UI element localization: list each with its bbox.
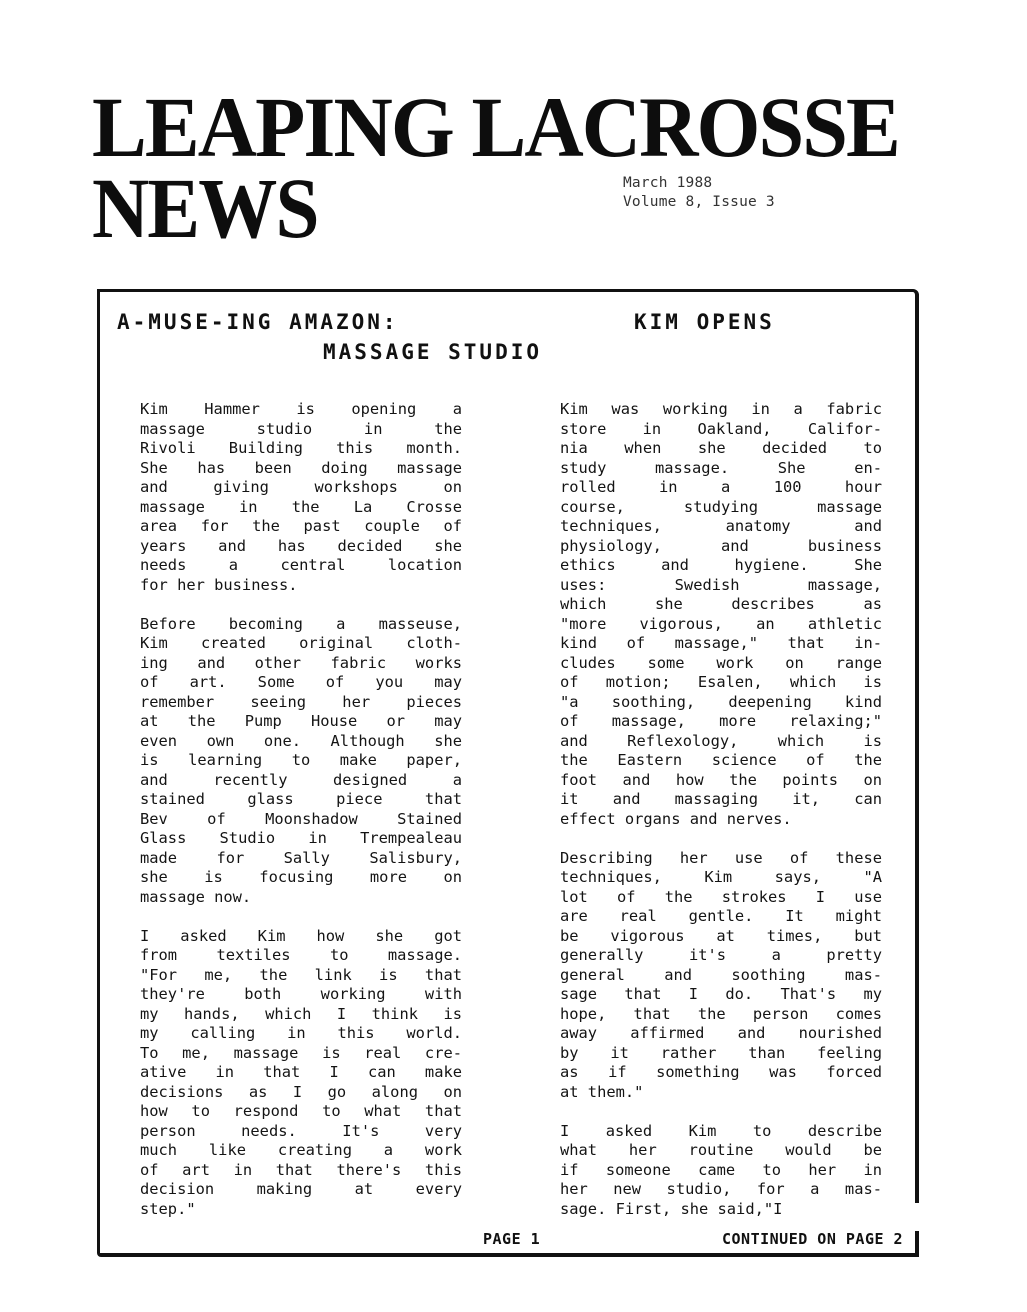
text-line: Kim was working in a fabric	[560, 400, 882, 420]
text-line: person needs. It's very	[140, 1122, 462, 1142]
text-line: from textiles to massage.	[140, 946, 462, 966]
text-line: my hands, which I think is	[140, 1005, 462, 1025]
text-line: are real gentle. It might	[560, 907, 882, 927]
text-line: the Eastern science of the	[560, 751, 882, 771]
article-paragraph: Kim was working in a fabricstore in Oakl…	[560, 400, 882, 829]
text-line: of massage, more relaxing;"	[560, 712, 882, 732]
text-line: ing and other fabric works	[140, 654, 462, 674]
text-line: ethics and hygiene. She	[560, 556, 882, 576]
text-line: Glass Studio in Trempealeau	[140, 829, 462, 849]
text-line: massage studio in the	[140, 420, 462, 440]
text-line: and recently designed a	[140, 771, 462, 791]
text-line: my calling in this world.	[140, 1024, 462, 1044]
text-line: general and soothing mas-	[560, 966, 882, 986]
text-line: at the Pump House or may	[140, 712, 462, 732]
text-line: and Reflexology, which is	[560, 732, 882, 752]
text-line: She has been doing massage	[140, 459, 462, 479]
text-line: away affirmed and nourished	[560, 1024, 882, 1044]
text-line: generally it's a pretty	[560, 946, 882, 966]
article-paragraph: Describing her use of thesetechniques, K…	[560, 849, 882, 1103]
text-line: Rivoli Building this month.	[140, 439, 462, 459]
continued-notice: CONTINUED ON PAGE 2	[722, 1230, 903, 1248]
text-line: study massage. She en-	[560, 459, 882, 479]
text-line: "a soothing, deepening kind	[560, 693, 882, 713]
text-line: hope, that the person comes	[560, 1005, 882, 1025]
headline-part1: A-MUSE-ING AMAZON:	[117, 310, 399, 334]
text-line: step."	[140, 1200, 462, 1220]
article-left-column: Kim Hammer is opening amassage studio in…	[140, 400, 462, 1239]
text-line: made for Sally Salisbury,	[140, 849, 462, 869]
text-line: stained glass piece that	[140, 790, 462, 810]
text-line: even own one. Although she	[140, 732, 462, 752]
text-line: if someone came to her in	[560, 1161, 882, 1181]
headline-part2: KIM OPENS	[634, 310, 775, 334]
text-line: Describing her use of these	[560, 849, 882, 869]
text-line: which she describes as	[560, 595, 882, 615]
text-line: by it rather than feeling	[560, 1044, 882, 1064]
text-line: much like creating a work	[140, 1141, 462, 1161]
text-line: of art in that there's this	[140, 1161, 462, 1181]
text-line: sage that I do. That's my	[560, 985, 882, 1005]
text-line: sage. First, she said,"I	[560, 1200, 882, 1220]
volume-issue: Volume 8, Issue 3	[623, 193, 775, 212]
text-line: as if something was forced	[560, 1063, 882, 1083]
text-line: I asked Kim how she got	[140, 927, 462, 947]
frame-gap	[912, 1203, 920, 1231]
text-line: To me, massage is real cre-	[140, 1044, 462, 1064]
text-line: decision making at every	[140, 1180, 462, 1200]
text-line: needs a central location	[140, 556, 462, 576]
text-line: massage in the La Crosse	[140, 498, 462, 518]
text-line: of motion; Esalen, which is	[560, 673, 882, 693]
text-line: course, studying massage	[560, 498, 882, 518]
text-line: Bev of Moonshadow Stained	[140, 810, 462, 830]
article-paragraph: Before becoming a masseuse,Kim created o…	[140, 615, 462, 908]
text-line: years and has decided she	[140, 537, 462, 557]
article-paragraph: Kim Hammer is opening amassage studio in…	[140, 400, 462, 595]
issue-date: March 1988	[623, 174, 775, 193]
text-line: her new studio, for a mas-	[560, 1180, 882, 1200]
text-line: techniques, Kim says, "A	[560, 868, 882, 888]
text-line: they're both working with	[140, 985, 462, 1005]
text-line: store in Oakland, Califor-	[560, 420, 882, 440]
text-line: kind of massage," that in-	[560, 634, 882, 654]
text-line: lot of the strokes I use	[560, 888, 882, 908]
article-paragraph: I asked Kim how she gotfrom textiles to …	[140, 927, 462, 1220]
text-line: effect organs and nerves.	[560, 810, 882, 830]
text-line: physiology, and business	[560, 537, 882, 557]
text-line: rolled in a 100 hour	[560, 478, 882, 498]
text-line: "For me, the link is that	[140, 966, 462, 986]
text-line: of art. Some of you may	[140, 673, 462, 693]
text-line: area for the past couple of	[140, 517, 462, 537]
issue-info: March 1988 Volume 8, Issue 3	[623, 174, 775, 212]
text-line: Before becoming a masseuse,	[140, 615, 462, 635]
text-line: be vigorous at times, but	[560, 927, 882, 947]
text-line: how to respond to what that	[140, 1102, 462, 1122]
text-line: massage now.	[140, 888, 462, 908]
text-line: decisions as I go along on	[140, 1083, 462, 1103]
text-line: she is focusing more on	[140, 868, 462, 888]
text-line: Kim Hammer is opening a	[140, 400, 462, 420]
text-line: Kim created original cloth-	[140, 634, 462, 654]
text-line: ative in that I can make	[140, 1063, 462, 1083]
text-line: cludes some work on range	[560, 654, 882, 674]
text-line: for her business.	[140, 576, 462, 596]
newsletter-title-line2: NEWS	[92, 165, 318, 251]
text-line: what her routine would be	[560, 1141, 882, 1161]
article-paragraph: I asked Kim to describewhat her routine …	[560, 1122, 882, 1220]
text-line: nia when she decided to	[560, 439, 882, 459]
text-line: techniques, anatomy and	[560, 517, 882, 537]
text-line: "more vigorous, an athletic	[560, 615, 882, 635]
article-right-column: Kim was working in a fabricstore in Oakl…	[560, 400, 882, 1239]
text-line: at them."	[560, 1083, 882, 1103]
headline-part3: MASSAGE STUDIO	[323, 340, 542, 364]
text-line: foot and how the points on	[560, 771, 882, 791]
newsletter-title-line1: LEAPING LACROSSE	[92, 84, 899, 170]
text-line: and giving workshops on	[140, 478, 462, 498]
text-line: remember seeing her pieces	[140, 693, 462, 713]
text-line: uses: Swedish massage,	[560, 576, 882, 596]
text-line: it and massaging it, can	[560, 790, 882, 810]
text-line: is learning to make paper,	[140, 751, 462, 771]
text-line: I asked Kim to describe	[560, 1122, 882, 1142]
page-number: PAGE 1	[483, 1230, 540, 1248]
